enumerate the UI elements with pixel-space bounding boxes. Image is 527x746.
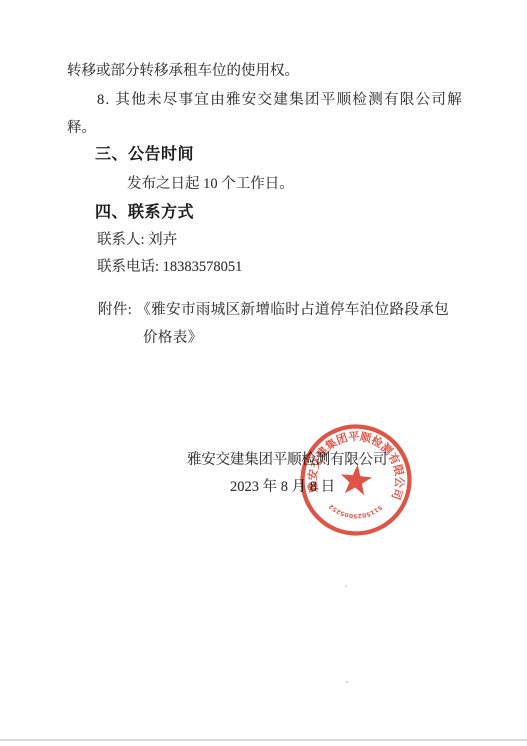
item8-line2: 释。 (67, 119, 96, 138)
attachment-line1: 附件: 《雅安市雨城区新增临时占道停车泊位路段承包 (98, 301, 449, 320)
attachment-line2: 价格表》 (143, 329, 203, 348)
company-seal: 雅安交建集团平顺检测有限公司 5115025005252 (292, 416, 419, 543)
section3-body-line: 发布之日起 10 个工作日。 (127, 175, 294, 194)
document-page: 转移或部分转移承租车位的使用权。 8. 其他未尽事宜由雅安交建集团平顺检测有限公… (0, 0, 527, 746)
scan-speck (345, 585, 347, 587)
seal-star-icon (339, 463, 373, 496)
seal-code-text: 5115025005252 (327, 498, 383, 521)
contact-person-line: 联系人: 刘卉 (97, 231, 177, 250)
contact-phone-line: 联系电话: 18383578051 (97, 258, 242, 277)
scan-bottom-edge (0, 739, 527, 741)
item8-line1: 8. 其他未尽事宜由雅安交建集团平顺检测有限公司解 (97, 91, 463, 110)
seal-ring-text: 雅安交建集团平顺检测有限公司 (304, 424, 412, 504)
scan-speck (346, 681, 348, 683)
section3-heading: 三、公告时间 (95, 145, 194, 164)
section4-heading: 四、联系方式 (95, 203, 194, 222)
paragraph-tail-line: 转移或部分转移承租车位的使用权。 (67, 62, 299, 81)
